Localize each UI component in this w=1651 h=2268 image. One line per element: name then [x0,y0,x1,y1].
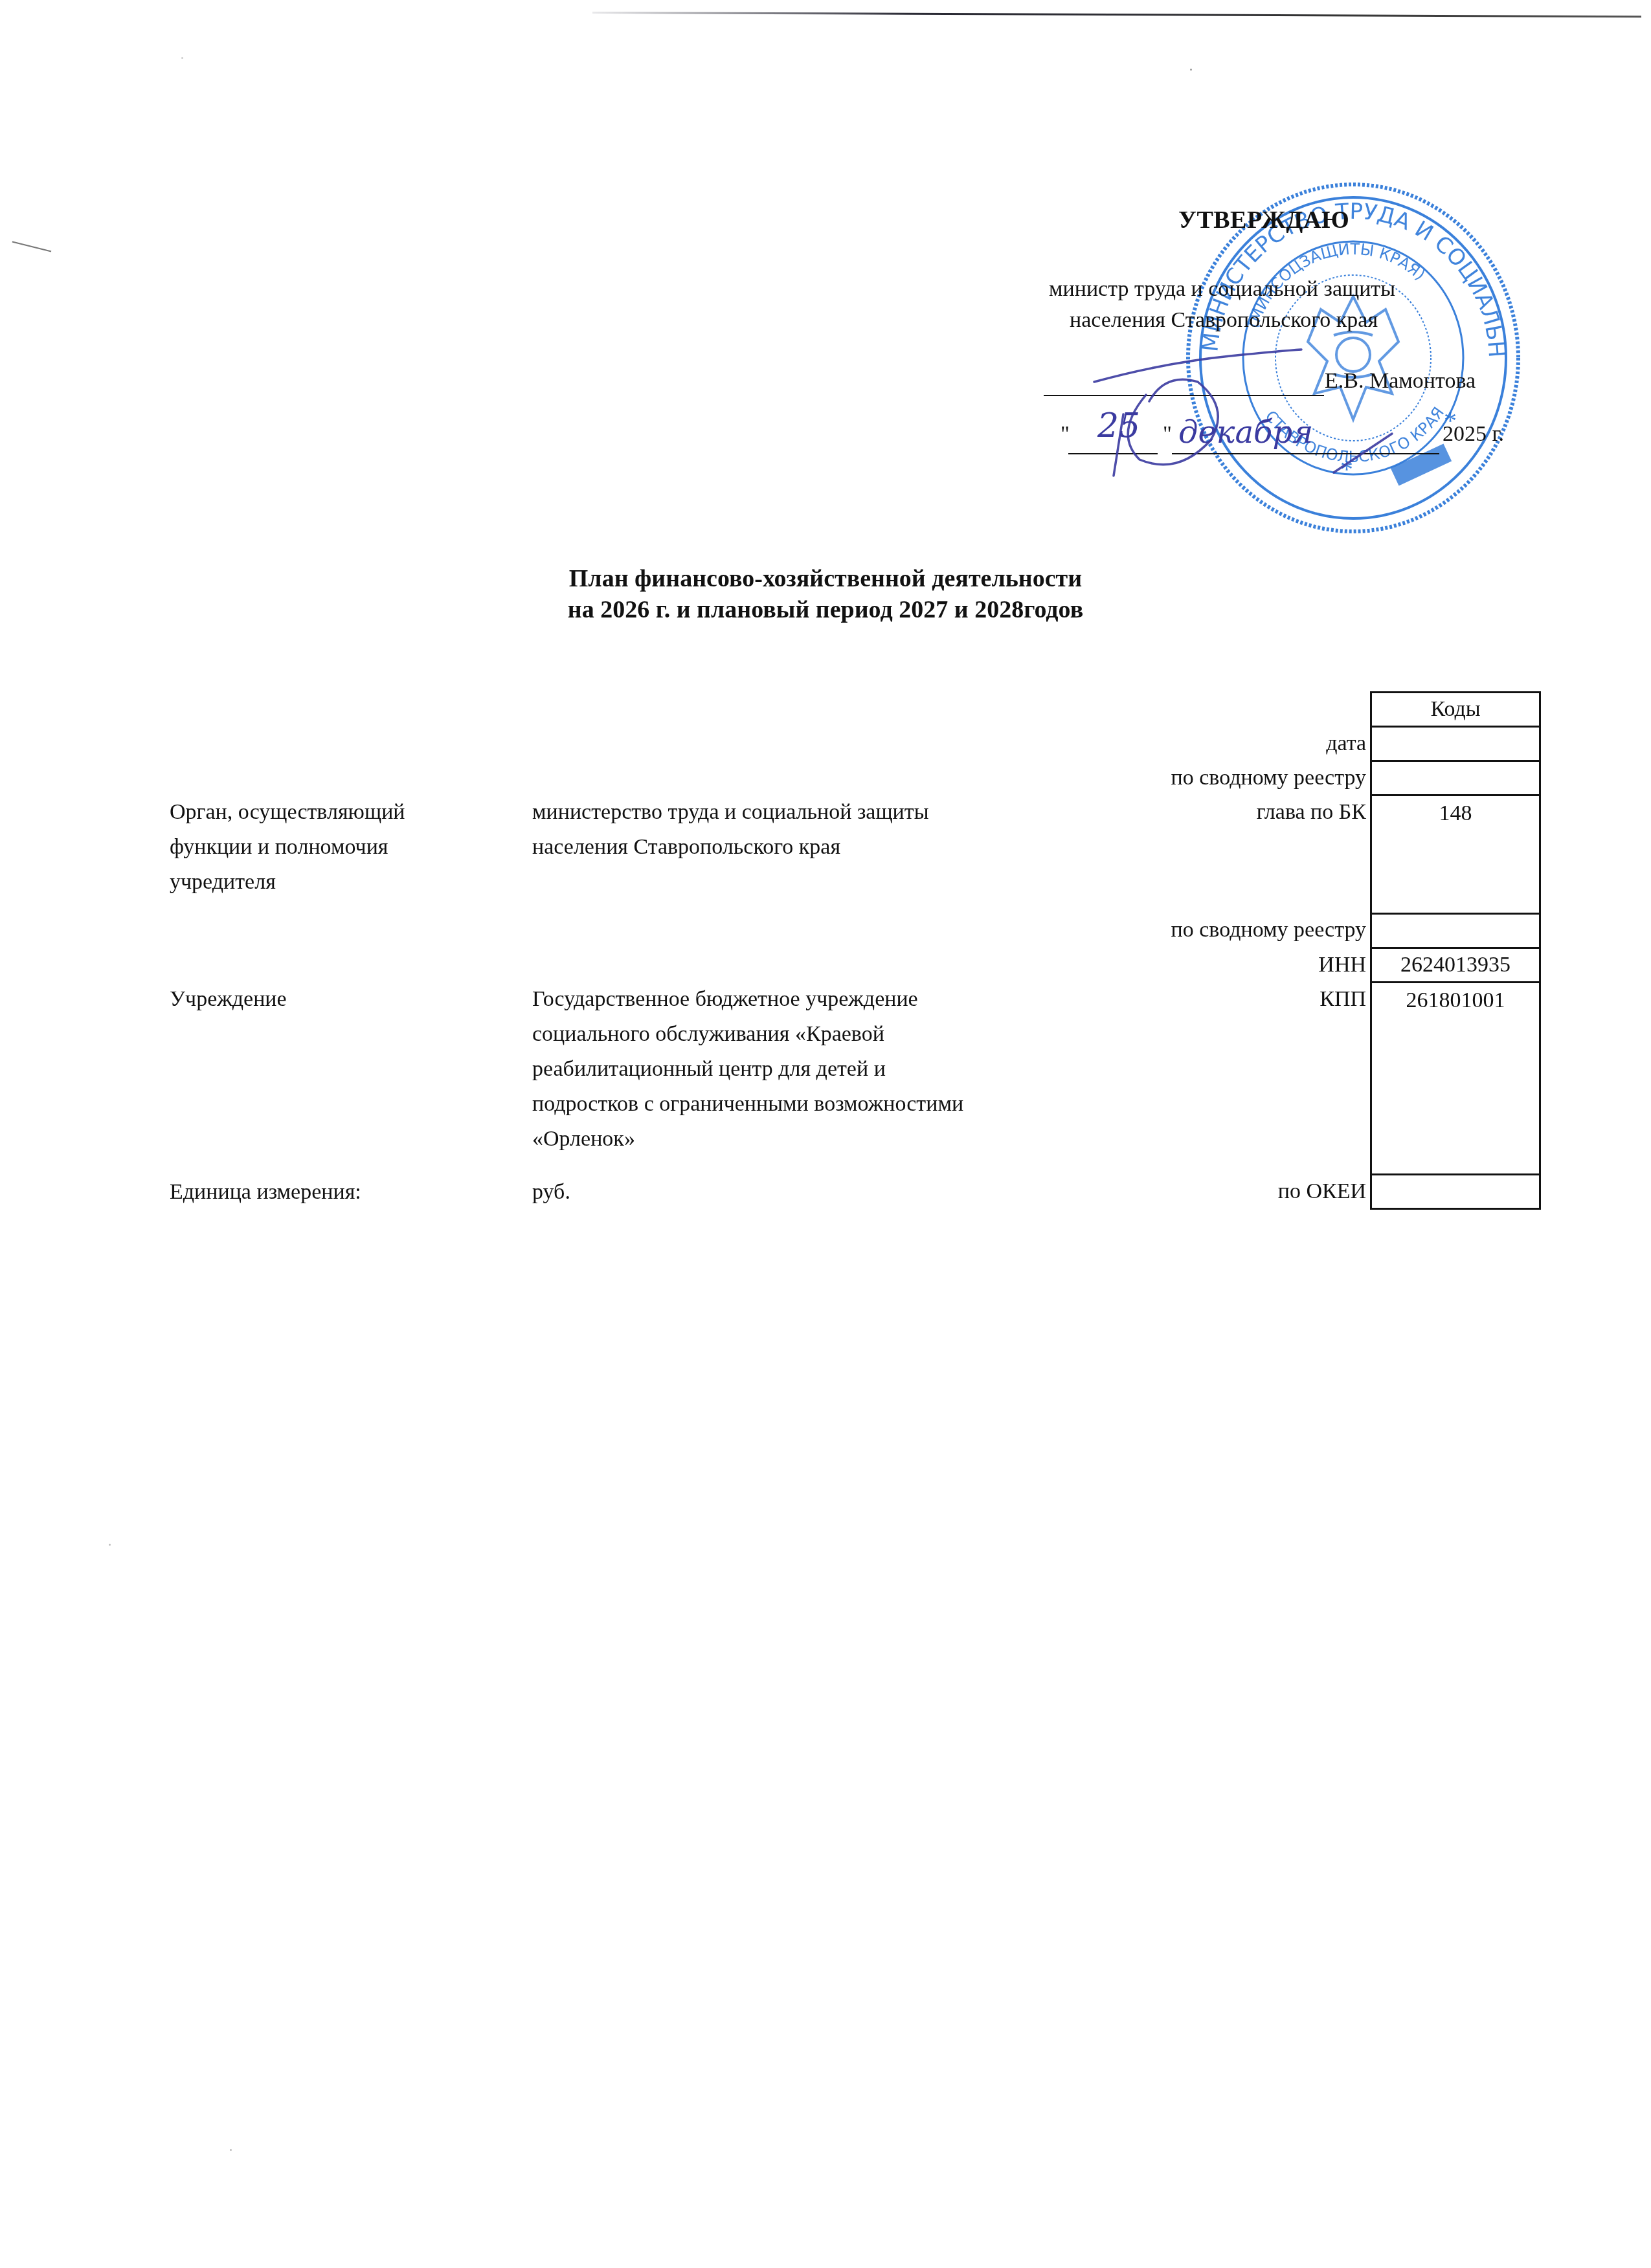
code-label-kpp: КПП [1320,987,1366,1012]
handwritten-signature [1088,337,1424,479]
code-value-date [1370,726,1541,762]
scan-speck [109,1544,111,1546]
code-label-budget-chapter: глава по БК [1257,800,1366,825]
code-label-consolidated-registry-2: по сводному реестру [1171,918,1366,942]
unit-value: руб. [532,1175,1102,1210]
code-label-date: дата [1326,731,1366,756]
approver-position-line-2: населения Ставропольского края [1070,308,1378,333]
institution-label: Учреждение [170,982,506,1017]
code-label-okei: по ОКЕИ [1278,1179,1366,1204]
scan-speck [1190,69,1192,71]
code-value-budget-chapter: 148 [1370,794,1541,915]
document-title-line-1: План финансово-хозяйственной деятельност… [0,564,1651,593]
code-value-consolidated-registry-2 [1370,913,1541,949]
institution-value: Государственное бюджетное учреждение соц… [532,982,1102,1157]
approval-heading: УТВЕРЖДАЮ [1178,206,1349,234]
code-value-kpp: 261801001 [1370,981,1541,1175]
founder-value: министерство труда и социальной защиты н… [532,795,1102,865]
code-label-consolidated-registry-1: по сводному реестру [1171,766,1366,790]
scan-speck [181,57,183,59]
approval-date-year: 2025 г. [1443,422,1504,447]
codes-header: Коды [1370,691,1541,728]
code-label-inn: ИНН [1318,953,1366,977]
code-value-inn: 2624013935 [1370,947,1541,983]
scan-speck [230,2149,232,2151]
code-value-consolidated-registry-1 [1370,760,1541,796]
scan-mark [12,241,52,252]
founder-label: Орган, осуществляющий функции и полномоч… [170,795,506,900]
unit-label: Единица измерения: [170,1175,506,1210]
document-title-line-2: на 2026 г. и плановый период 2027 и 2028… [0,595,1651,624]
approver-position-line-1: министр труда и социальной защиты [1049,277,1395,302]
code-value-okei [1370,1173,1541,1210]
approval-date-open-quote: " [1061,422,1070,447]
scan-edge-line [592,12,1641,17]
